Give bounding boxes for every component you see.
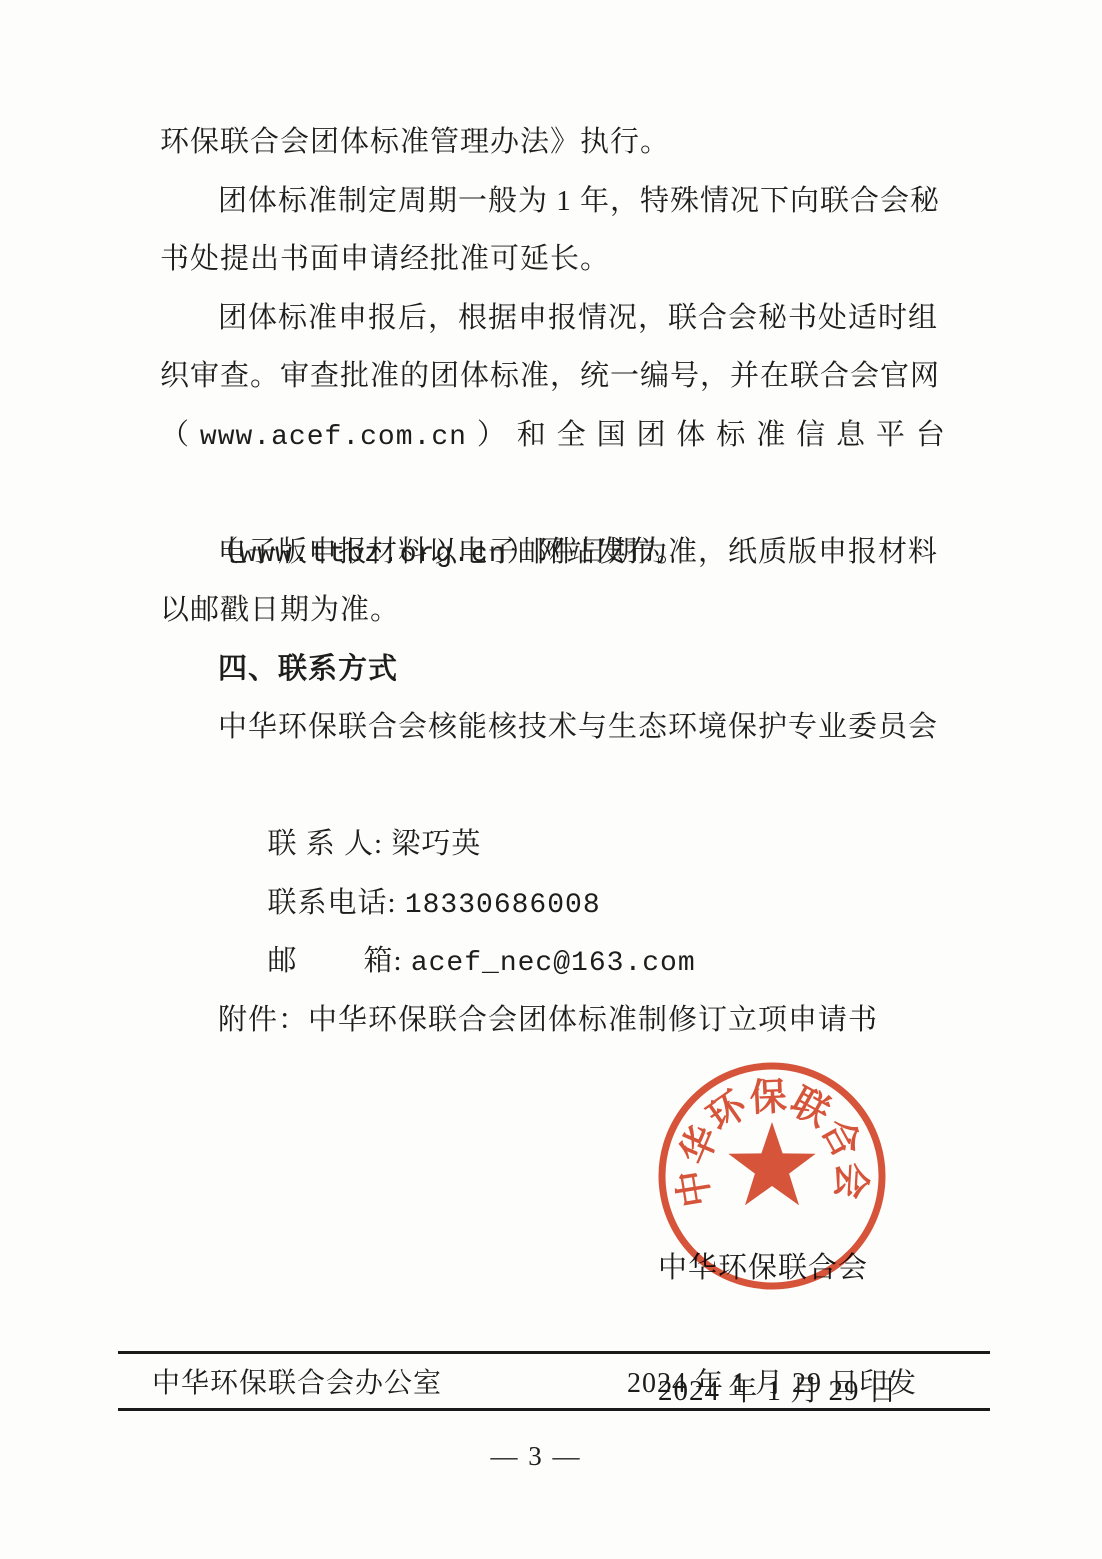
- committee-line: 中华环保联合会核能核技术与生态环境保护专业委员会: [160, 698, 946, 757]
- contact-person-label: 联 系 人:: [268, 828, 392, 860]
- contact-person-line: 联 系 人: 梁巧英: [160, 757, 946, 816]
- document-body: 环保联合会团体标准管理办法》执行。 团体标准制定周期一般为 1 年，特殊情况下向…: [160, 113, 946, 1049]
- body-line: 电子版申报材料以电子邮件日期为准，纸质版申报材料: [160, 523, 946, 582]
- contact-phone-label: 联系电话:: [268, 887, 405, 919]
- justified-character: 息: [836, 406, 866, 465]
- justified-character: 平: [876, 406, 906, 465]
- body-line: （www.ttbz.org.cn）网站发布。: [160, 464, 946, 523]
- paren-open: （: [160, 406, 190, 465]
- official-seal: 中华环保联合会: [642, 1046, 902, 1306]
- attachment-line: 附件：中华环保联合会团体标准制修订立项申请书: [160, 991, 946, 1050]
- body-line: 环保联合会团体标准管理办法》执行。: [160, 113, 946, 172]
- justified-character: 国: [597, 406, 627, 465]
- footer-office: 中华环保联合会办公室: [152, 1361, 442, 1401]
- body-line: 书处提出书面申请经批准可延长。: [160, 230, 946, 289]
- body-line: 以邮戳日期为准。: [160, 581, 946, 640]
- justified-character: 台: [916, 406, 946, 465]
- justified-character: 信: [796, 406, 826, 465]
- page-number: — 3 —: [0, 1441, 1072, 1472]
- contact-person-value: 梁巧英: [391, 828, 481, 860]
- body-line: 织审查。审查批准的团体标准，统一编号，并在联合会官网: [160, 347, 946, 406]
- section-heading: 四、联系方式: [160, 640, 946, 699]
- body-line: 团体标准申报后，根据申报情况，联合会秘书处适时组: [160, 289, 946, 348]
- document-page: 环保联合会团体标准管理办法》执行。 团体标准制定周期一般为 1 年，特殊情况下向…: [0, 0, 1102, 1559]
- paren-close: ）: [477, 406, 507, 465]
- justified-character: 标: [716, 406, 746, 465]
- justified-character: 准: [756, 406, 786, 465]
- justified-character: 体: [676, 406, 706, 465]
- contact-email-value: acef_nec@163.com: [411, 948, 696, 979]
- seal-star-icon: [728, 1122, 815, 1205]
- signature-date: 2024 年 1 月 29 日: [658, 1371, 898, 1412]
- justified-character: 全: [557, 406, 587, 465]
- contact-email-label: 邮 箱:: [268, 945, 411, 977]
- body-line: 团体标准制定周期一般为 1 年，特殊情况下向联合会秘: [160, 172, 946, 231]
- contact-phone-value: 18330686008: [405, 890, 601, 921]
- body-line-justified: （ www.acef.com.cn ） 和全国团体标准信息平台: [160, 406, 946, 465]
- justified-character: 团: [636, 406, 666, 465]
- acef-url: www.acef.com.cn: [200, 409, 467, 468]
- justified-character: 和: [517, 406, 547, 465]
